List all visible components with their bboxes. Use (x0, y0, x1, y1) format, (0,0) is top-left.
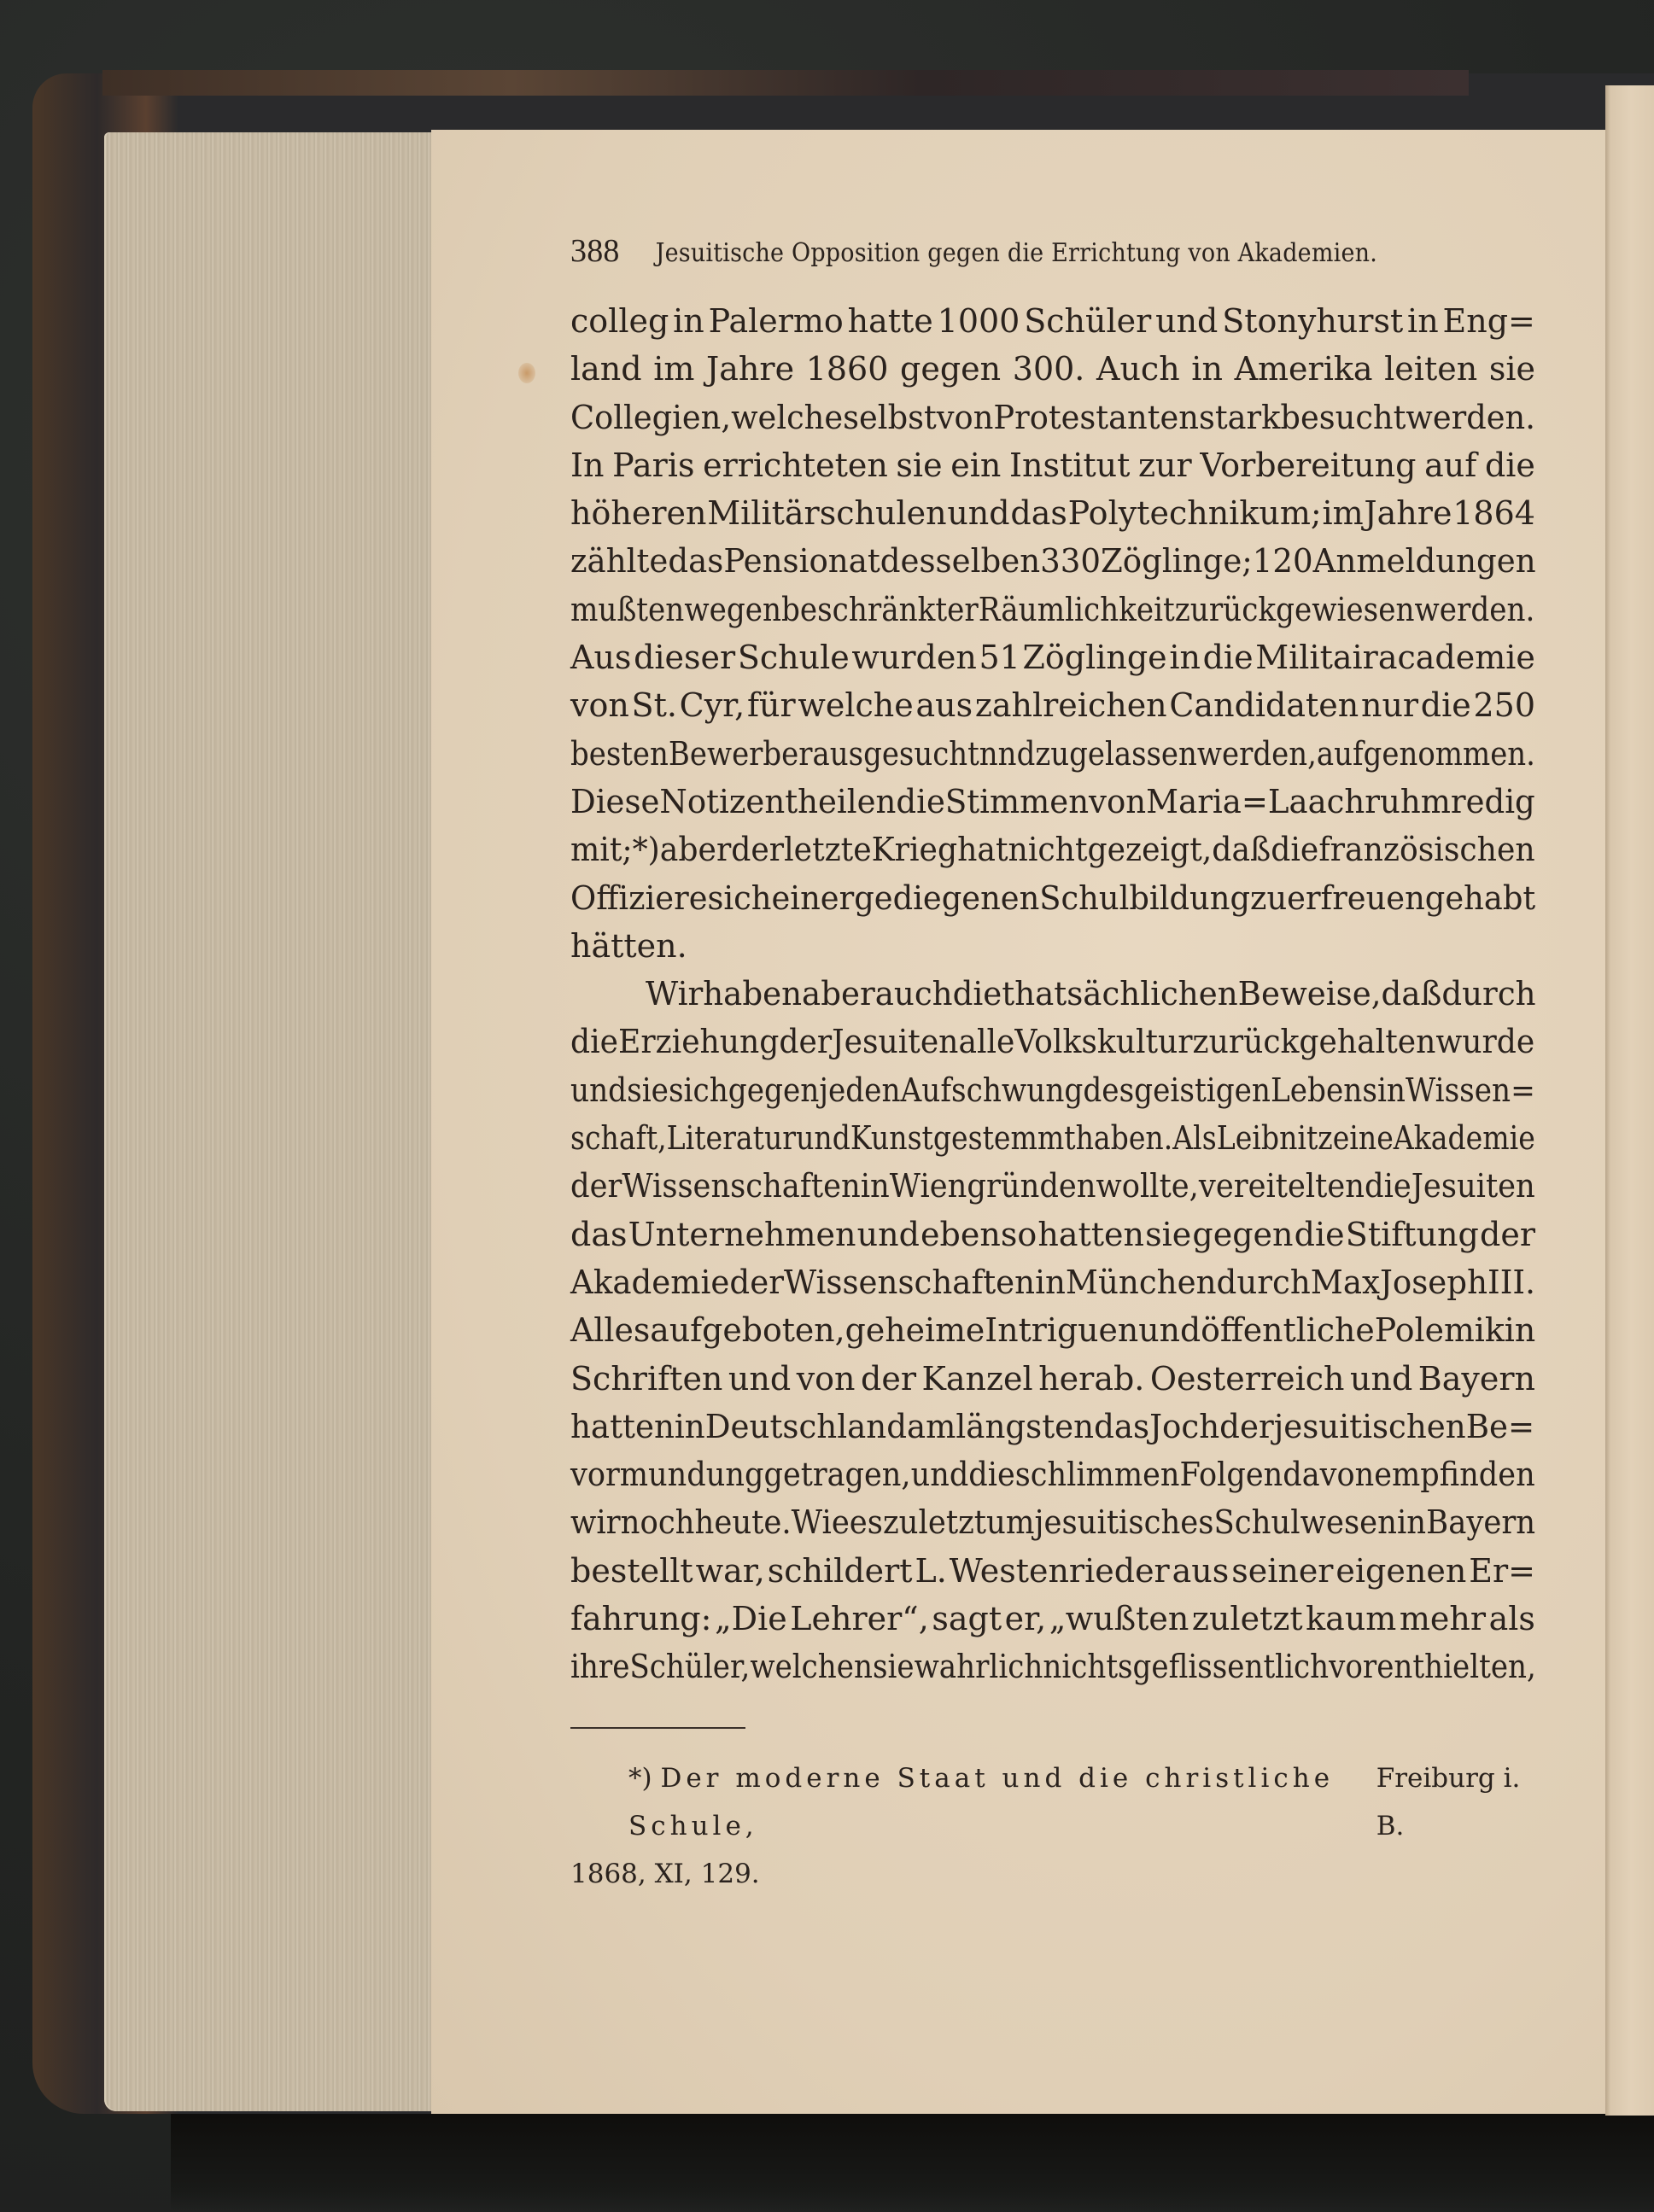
footnote-place: Freiburg i. B. (1376, 1754, 1535, 1850)
text-line: hätten. (570, 922, 1535, 970)
book-shadow (171, 2109, 1654, 2212)
text-line: mußtenwegenbeschränkterRäumlichkeitzurüc… (570, 586, 1439, 633)
text-line: bestelltwar,schildertL.Westenriederausse… (570, 1547, 1535, 1595)
text-line: DieseNotizentheilendieStimmenvonMaria=La… (570, 778, 1511, 826)
facing-page-gutter (1605, 85, 1654, 2116)
text-line: hatteninDeutschlandamlängstendasJochderj… (570, 1403, 1514, 1450)
text-line: landimJahre1860gegen300.AuchinAmerikalei… (570, 345, 1535, 393)
text-line: schaft,LiteraturundKunstgestemmthaben.Al… (570, 1114, 1411, 1162)
text-line: AkademiederWissenschafteninMünchendurchM… (570, 1258, 1514, 1306)
footnote-line-1: *) Der moderne Staat und die christliche… (570, 1754, 1535, 1850)
text-line: vormundunggetragen,unddieschlimmenFolgen… (570, 1450, 1462, 1498)
text-line: bestenBewerberausgesuchtnndzugelassenwer… (570, 730, 1433, 778)
footnote: *) Der moderne Staat und die christliche… (570, 1754, 1535, 1898)
footnote-marker: *) (628, 1763, 652, 1794)
text-line: InPariserrichtetensieeinInstitutzurVorbe… (570, 441, 1535, 489)
paragraph-start-line: WirhabenaberauchdiethatsächlichenBeweise… (570, 970, 1514, 1018)
text-line: derWissenschafteninWiengründenwollte,ver… (570, 1162, 1467, 1210)
text-line: ihreSchüler,welchensiewahrlichnichtsgefl… (570, 1643, 1437, 1690)
text-line: höherenMilitärschulenunddasPolytechnikum… (570, 489, 1535, 537)
text-line: Allesaufgeboten,geheimeIntriguenundöffen… (570, 1306, 1530, 1354)
text-line: fahrung:„DieLehrer“,sagter,„wußtenzuletz… (570, 1595, 1535, 1643)
text-line: colleginPalermohatte1000SchülerundStonyh… (570, 297, 1535, 345)
page-number: 388 (570, 232, 620, 270)
footnote-rule (570, 1727, 745, 1729)
text-line: Collegien,welcheselbstvonProtestantensta… (570, 394, 1505, 441)
footnote-line-2: 1868, XI, 129. (570, 1850, 1535, 1898)
text-line: undsiesichgegenjedenAufschwungdesgeistig… (570, 1066, 1441, 1114)
running-head-title: Jesuitische Opposition gegen die Erricht… (656, 238, 1377, 268)
text-line: SchriftenundvonderKanzelherab.Oesterreic… (570, 1355, 1535, 1403)
body-text: colleginPalermohatte1000SchülerundStonyh… (570, 297, 1535, 1691)
text-line: dasUnternehmenundebensohattensiegegendie… (570, 1211, 1535, 1258)
text-line: zähltedasPensionatdesselben330Zöglinge;1… (570, 537, 1513, 585)
page-text: 388 Jesuitische Opposition gegen die Err… (570, 232, 1535, 1898)
text-line: wirnochheute.WieeszuletztumjesuitischesS… (570, 1498, 1470, 1546)
footnote-title: Der moderne Staat und die christliche Sc… (628, 1763, 1334, 1841)
running-head: 388 Jesuitische Opposition gegen die Err… (570, 232, 1535, 287)
text-line: mit;*)aberderletzteKrieghatnichtgezeigt,… (570, 826, 1489, 873)
text-line: vonSt.Cyr,fürwelcheauszahlreichenCandida… (570, 681, 1535, 729)
foxing-spot (518, 363, 535, 383)
text-line: OffizieresicheinergediegenenSchulbildung… (570, 874, 1505, 922)
page-edges-stack (104, 132, 433, 2111)
text-line: AusdieserSchulewurden51ZöglingeindieMili… (570, 633, 1535, 681)
book-cover-top-edge (102, 70, 1469, 96)
text-line: dieErziehungderJesuitenalleVolkskulturzu… (570, 1018, 1487, 1065)
